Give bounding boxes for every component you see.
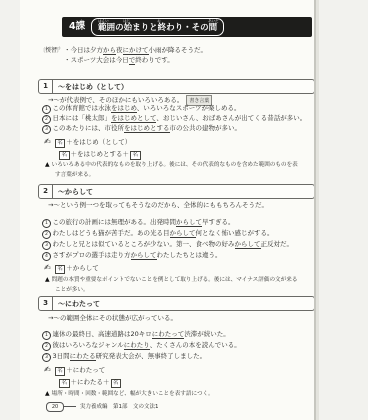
- example-text: わたしたちとは違う。: [157, 251, 222, 259]
- connection-text: ＋からして: [66, 264, 99, 272]
- example-number: 3: [42, 353, 51, 362]
- grammar-underline: をはじめ: [111, 104, 137, 113]
- example-number: 1: [42, 219, 51, 228]
- example-text: 3日間: [53, 352, 70, 360]
- note-line: ▲いろいろある中の代表的なものを取り上げる。後には、その代表的なものを含めた範囲…: [45, 161, 298, 169]
- example-sentence: 33日間にわたる研究発表大会が、無事終了しました。: [42, 352, 206, 362]
- example-text: さすがプロの選手は走り方: [53, 251, 131, 259]
- section-2-header: 2 ～からして: [38, 184, 315, 199]
- example-sentence: 4さすがプロの選手は走り方からしてわたしたちとは違う。: [42, 251, 222, 261]
- section-2-number: 2: [39, 185, 53, 198]
- example-text: 市の公共の建物が多い。: [170, 124, 242, 132]
- section-3-header: 3 ～にわたって: [38, 296, 315, 311]
- lesson-number: 4課 か: [69, 22, 85, 32]
- example-number: 2: [42, 230, 51, 239]
- noun-box: 名: [55, 139, 66, 148]
- example-sentence: 3このあたりには、市役所をはじめとする市の公共の建物が多い。: [42, 124, 241, 134]
- review-label-furigana: ふくしゅう: [45, 44, 61, 52]
- review-2-text-2: 終わりです。: [135, 56, 173, 64]
- connection-line: ✍名＋からして: [44, 264, 99, 274]
- warning-icon: ▲: [45, 390, 50, 397]
- review-2-text: ・スポーツ大会は今日: [64, 56, 129, 64]
- example-sentence: 2彼はいろいろなジャンルにわたり、たくさんの本を読んでいる。: [42, 341, 241, 351]
- example-text: この体育館では水泳: [53, 104, 112, 112]
- scanned-textbook-page: { "header": { "num": "4", "unit": "課", "…: [0, 0, 368, 420]
- note-text: す言葉が来る。: [55, 172, 94, 178]
- example-number: 3: [42, 125, 51, 134]
- note-line: す言葉が来る。: [55, 171, 94, 179]
- title-furigana-2: はじ: [123, 20, 130, 24]
- note-line: ▲問題の本質や重要なポイントでないことを例として取り上げる。後には、マイナス評価…: [45, 276, 297, 284]
- note-text: いろいろある中の代表的なものを取り上げる。後には、その代表的なものを含めた範囲の…: [52, 162, 298, 168]
- lesson-unit-furigana: か: [80, 20, 84, 24]
- connection-text: ＋にわたって: [66, 366, 105, 374]
- example-text: 正反対だ。: [261, 240, 294, 248]
- connection-line: ✍名＋をはじめ（として）: [44, 138, 131, 148]
- example-text: 何となく怖い感じがする。: [196, 229, 274, 237]
- example-text: この旅行の計画には無理がある。出発時間: [53, 218, 177, 226]
- example-sentence: 3わたしと兄とは似ているところが少ない。第一、食べ物の好みからして正反対だ。: [42, 240, 293, 250]
- example-text: 彼はいろいろなジャンル: [53, 341, 124, 349]
- review-row: ふくしゅう 〔復習〕: [40, 46, 62, 55]
- example-number: 2: [42, 342, 51, 351]
- section-3-title: ～にわたって: [58, 299, 100, 309]
- example-sentence: 2わたしはどうも猫が苦手だ。あの光る目からして何となく怖い感じがする。: [42, 229, 274, 239]
- example-text: 研究発表大会が、無事終了しました。: [96, 352, 207, 360]
- example-text: わたしはどうも猫が苦手だ。あの光る目: [53, 229, 170, 237]
- lesson-title-box: はんい はじ お あいだ 範囲の始まりと終わり・その間: [91, 18, 224, 36]
- footer-divider: [64, 406, 76, 407]
- grammar-underline: にわたって: [152, 330, 185, 339]
- section-3-number: 3: [39, 297, 53, 310]
- connection-text: ＋にわたる＋: [71, 378, 110, 386]
- lesson-number-digit: 4: [69, 21, 76, 32]
- page-edge-highlight: [316, 0, 319, 420]
- example-number: 4: [42, 252, 51, 261]
- example-sentence: 2日本には「桃太郎」をはじめとして、おじいさん、おばあさんが出てくる昔話が多い。: [42, 114, 306, 124]
- footer-text: 実力養成編 第1部 文の文法1: [80, 402, 159, 410]
- noun-box: 名: [55, 265, 66, 274]
- section-2-title: ～からして: [58, 187, 93, 197]
- noun-box: 名: [111, 379, 122, 388]
- note-text: 問題の本質や重要なポイントでないことを例として取り上げる。後には、マイナス評価の…: [52, 277, 298, 283]
- review-1-text: ・今日は夕方: [64, 46, 103, 54]
- connection-icon: ✍: [44, 365, 51, 374]
- note-line: ことが多い。: [55, 286, 89, 294]
- example-text: 日本には「桃太郎」: [53, 114, 112, 122]
- grammar-underline: にわたり: [124, 341, 150, 350]
- example-text: わたしと兄とは似ているところが少ない。第一、食べ物の好み: [53, 240, 235, 248]
- grammar-underline: からして: [131, 251, 157, 260]
- warning-icon: ▲: [45, 161, 50, 168]
- review-sentence-2: ・スポーツ大会は今日で終わりです。: [64, 56, 174, 64]
- noun-box: 名: [59, 379, 70, 388]
- example-sentence: 1連休の最終日、高速道路は20キロにわたって渋滞が続いた。: [42, 330, 230, 340]
- review-1-text-2: 夜: [116, 46, 123, 54]
- title-furigana-4: あいだ: [208, 20, 219, 24]
- connection-icon: ✍: [44, 137, 51, 146]
- connection-line: ✍名＋にわたって: [44, 366, 105, 376]
- title-furigana-3: お: [157, 20, 161, 24]
- note-text: 場所・時間・回数・範囲など、幅が大きいことを表す語につく。: [52, 391, 214, 397]
- grammar-underline: にわたる: [70, 352, 96, 361]
- meaning-text: →～の範囲全体にその状態が広がっている。: [48, 314, 177, 322]
- example-text: 早すぎる。: [202, 218, 235, 226]
- grammar-underline: をはじめとして: [111, 114, 156, 123]
- grammar-underline: からして: [235, 240, 261, 249]
- lesson-header-bar: 4課 か はんい はじ お あいだ 範囲の始まりと終わり・その間: [62, 17, 312, 37]
- meaning-text: →～が代表例で、そのほかにもいろいろある。: [48, 96, 183, 104]
- example-text: 渋滞が続いた。: [184, 330, 230, 338]
- example-sentence: 1この旅行の計画には無理がある。出発時間からして早すぎる。: [42, 218, 235, 228]
- warning-icon: ▲: [45, 276, 50, 283]
- section-1-title: ～をはじめ（として）: [58, 82, 128, 92]
- example-number: 1: [42, 331, 51, 340]
- review-1-text-3: 小雨が降るそうだ。: [149, 46, 208, 54]
- section-2-meaning: →～という例一つを取ってもそうなのだから、全体的にももちろんそうだ。: [48, 201, 268, 209]
- review-label: ふくしゅう 〔復習〕: [40, 48, 62, 54]
- noun-box: 名: [130, 151, 141, 160]
- note-line: ▲場所・時間・回数・範囲など、幅が大きいことを表す語につく。: [45, 390, 214, 398]
- section-3-meaning: →～の範囲全体にその状態が広がっている。: [48, 314, 177, 322]
- example-number: 1: [42, 105, 51, 114]
- title-furigana-1: はんい: [98, 20, 109, 24]
- connection-text: ＋をはじめとする＋: [71, 150, 130, 158]
- grammar-underline: からして: [170, 229, 196, 238]
- note-text: ことが多い。: [55, 287, 89, 293]
- meaning-text: →～という例一つを取ってもそうなのだから、全体的にももちろんそうだ。: [48, 201, 268, 209]
- page-number-badge: 20: [46, 402, 64, 412]
- connection-line: 名＋をはじめとする＋名: [58, 150, 142, 160]
- example-text: 、たくさんの本を読んでいる。: [150, 341, 241, 349]
- example-text: 連休の最終日、高速道路は20キロ: [53, 330, 152, 338]
- connection-text: ＋をはじめ（として）: [66, 138, 131, 146]
- connection-line: 名＋にわたる＋名: [58, 378, 122, 388]
- example-text: このあたりには、市役所: [53, 124, 125, 132]
- lesson-title: 範囲の始まりと終わり・その間: [98, 23, 217, 33]
- example-number: 2: [42, 115, 51, 124]
- noun-box: 名: [55, 367, 66, 376]
- example-sentence: 1この体育館では水泳をはじめ、いろいろなスポーツが楽しめる。: [42, 104, 241, 114]
- review-1-underline-1: から: [103, 46, 116, 55]
- review-sentence-1: ・今日は夕方から夜にかけて小雨が降るそうだ。: [64, 46, 207, 54]
- noun-box: 名: [59, 151, 70, 160]
- example-number: 3: [42, 241, 51, 250]
- connection-icon: ✍: [44, 263, 51, 272]
- example-text: 、おじいさん、おばあさんが出てくる昔話が多い。: [156, 114, 306, 122]
- section-1-header: 1 ～をはじめ（として）: [38, 79, 315, 94]
- section-1-number: 1: [39, 80, 53, 93]
- grammar-underline: からして: [176, 218, 202, 227]
- example-text: 、いろいろなスポーツが楽しめる。: [137, 104, 241, 112]
- review-1-underline-2: にかけて: [123, 46, 149, 55]
- grammar-underline: をはじめとする: [124, 124, 170, 133]
